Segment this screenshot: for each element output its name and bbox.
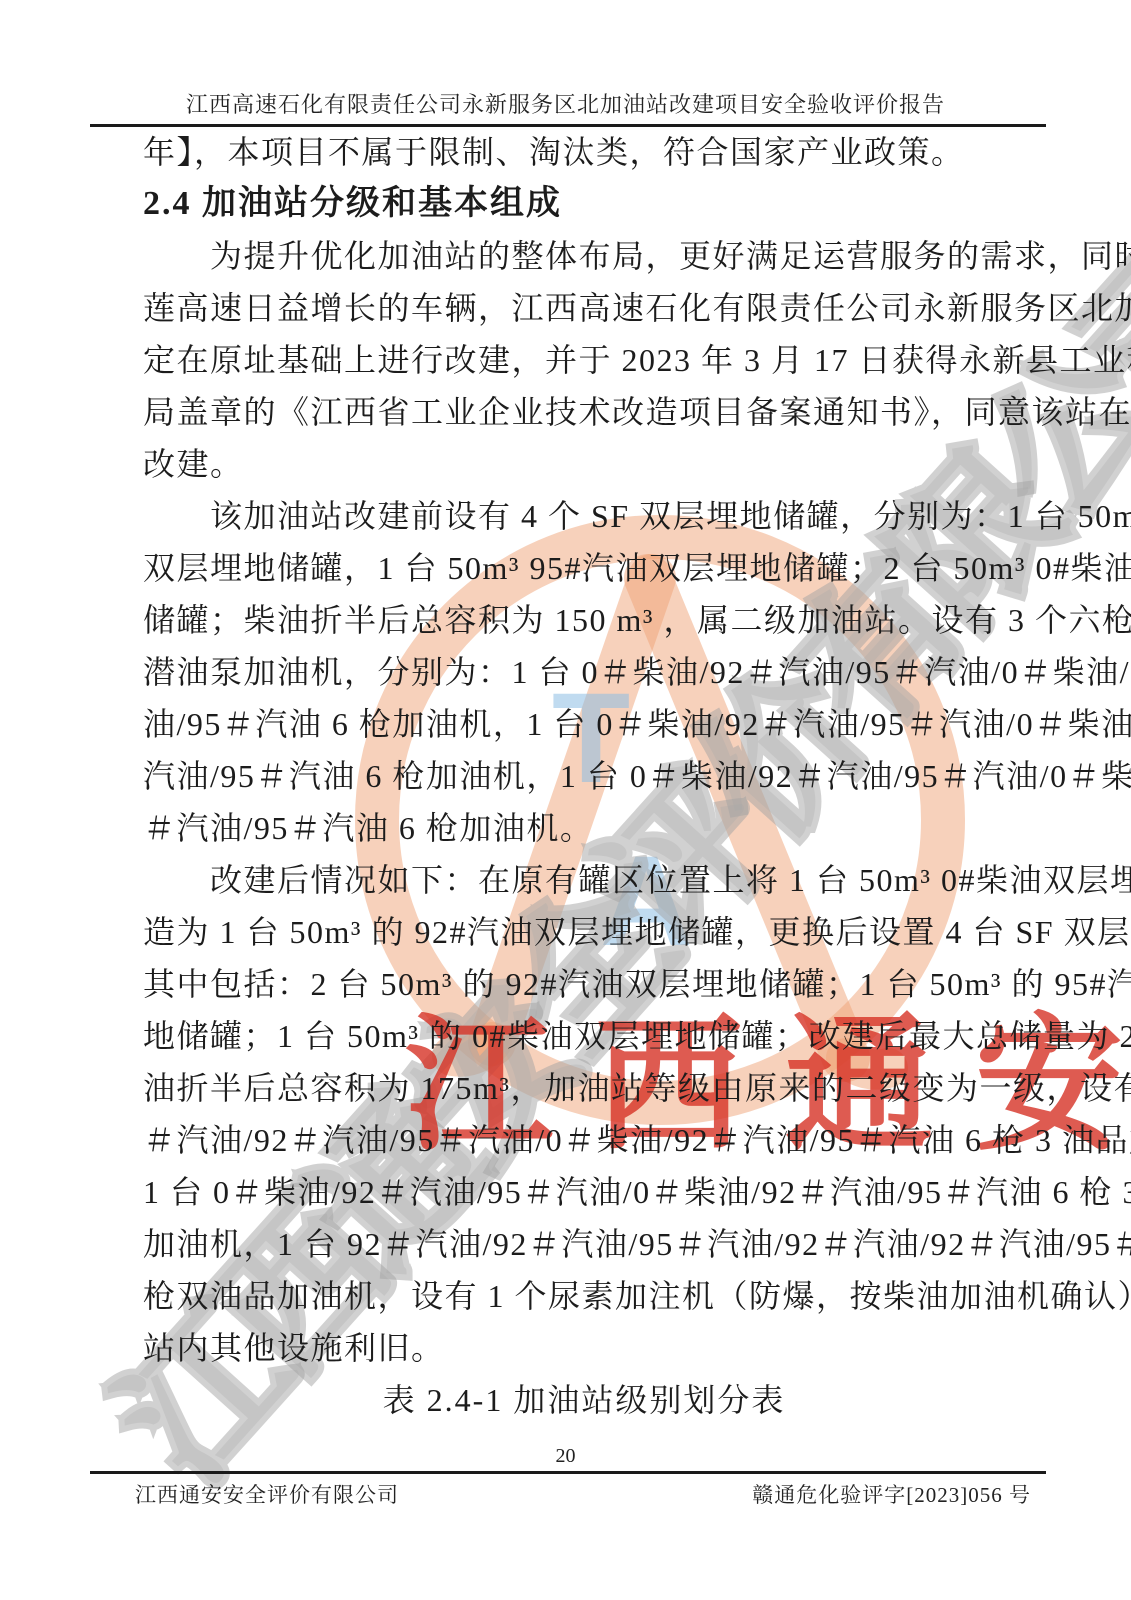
paragraph-3-line: 站内其他设施利旧。	[143, 1322, 1025, 1374]
paragraph-2-line: 油/95＃汽油 6 枪加油机，1 台 0＃柴油/92＃汽油/95＃汽油/0＃柴油…	[143, 698, 1025, 750]
footer-company: 江西通安安全评价有限公司	[135, 1479, 399, 1509]
body-text: 年】，本项目不属于限制、淘汰类，符合国家产业政策。 2.4 加油站分级和基本组成…	[143, 126, 1025, 1426]
paragraph-1-line: 局盖章的《江西省工业企业技术改造项目备案通知书》，同意该站在原址上	[143, 386, 1025, 438]
page-number: 20	[0, 1445, 1131, 1468]
paragraph-3-line: 油折半后总容积为 175m³，加油站等级由原来的二级变为一级，设有 1 台 92	[143, 1062, 1025, 1114]
paragraph-3-line: 地储罐；1 台 50m³ 的 0#柴油双层埋地储罐；改建后最大总储量为 200m…	[143, 1010, 1025, 1062]
page-header-title: 江西高速石化有限责任公司永新服务区北加油站改建项目安全验收评价报告	[0, 88, 1131, 119]
paragraph-3-line: 造为 1 台 50m³ 的 92#汽油双层埋地储罐，更换后设置 4 台 SF 双…	[143, 906, 1025, 958]
paragraph-1-line: 定在原址基础上进行改建，并于 2023 年 3 月 17 日获得永新县工业和信息…	[143, 334, 1025, 386]
paragraph-1-line: 改建。	[143, 438, 1025, 490]
footer-rule	[90, 1471, 1046, 1474]
paragraph-2-line: 储罐；柴油折半后总容积为 150 m³ ，属二级加油站。设有 3 个六枪 3 油…	[143, 594, 1025, 646]
paragraph-3-line: ＃汽油/92＃汽油/95＃汽油/0＃柴油/92＃汽油/95＃汽油 6 枪 3 油…	[143, 1114, 1025, 1166]
opening-line: 年】，本项目不属于限制、淘汰类，符合国家产业政策。	[143, 126, 1025, 178]
paragraph-2-line: 汽油/95＃汽油 6 枪加油机，1 台 0＃柴油/92＃汽油/95＃汽油/0＃柴…	[143, 750, 1025, 802]
table-caption: 表 2.4-1 加油站级别划分表	[143, 1374, 1025, 1426]
report-page: T A 江西通安全评价有限公司 江西通安 江西高速石化有限责任公司永新服务区北加…	[0, 0, 1131, 1600]
paragraph-3-line: 加油机，1 台 92＃汽油/92＃汽油/95＃汽油/92＃汽油/92＃汽油/95…	[143, 1218, 1025, 1270]
footer-doc-number: 赣通危化验评字[2023]056 号	[752, 1479, 1031, 1509]
paragraph-3-line: 1 台 0＃柴油/92＃汽油/95＃汽油/0＃柴油/92＃汽油/95＃汽油 6 …	[143, 1166, 1025, 1218]
paragraph-2-line: ＃汽油/95＃汽油 6 枪加油机。	[143, 802, 1025, 854]
paragraph-2-line: 双层埋地储罐，1 台 50m³ 95#汽油双层埋地储罐；2 台 50m³ 0#柴…	[143, 542, 1025, 594]
paragraph-2-line: 潜油泵加油机，分别为：1 台 0＃柴油/92＃汽油/95＃汽油/0＃柴油/92＃…	[143, 646, 1025, 698]
paragraph-3-line: 改建后情况如下：在原有罐区位置上将 1 台 50m³ 0#柴油双层埋地储罐改	[143, 854, 1025, 906]
paragraph-2-line: 该加油站改建前设有 4 个 SF 双层埋地储罐，分别为：1 台 50m³ 92#…	[143, 490, 1025, 542]
paragraph-1-line: 为提升优化加油站的整体布局，更好满足运营服务的需求，同时迎合吉	[143, 230, 1025, 282]
section-heading: 2.4 加油站分级和基本组成	[143, 178, 1025, 230]
paragraph-3-line: 枪双油品加油机，设有 1 个尿素加注机（防爆，按柴油加油机确认）。加油	[143, 1270, 1025, 1322]
paragraph-3-line: 其中包括：2 台 50m³ 的 92#汽油双层埋地储罐；1 台 50m³ 的 9…	[143, 958, 1025, 1010]
paragraph-1-line: 莲高速日益增长的车辆，江西高速石化有限责任公司永新服务区北加油站决	[143, 282, 1025, 334]
